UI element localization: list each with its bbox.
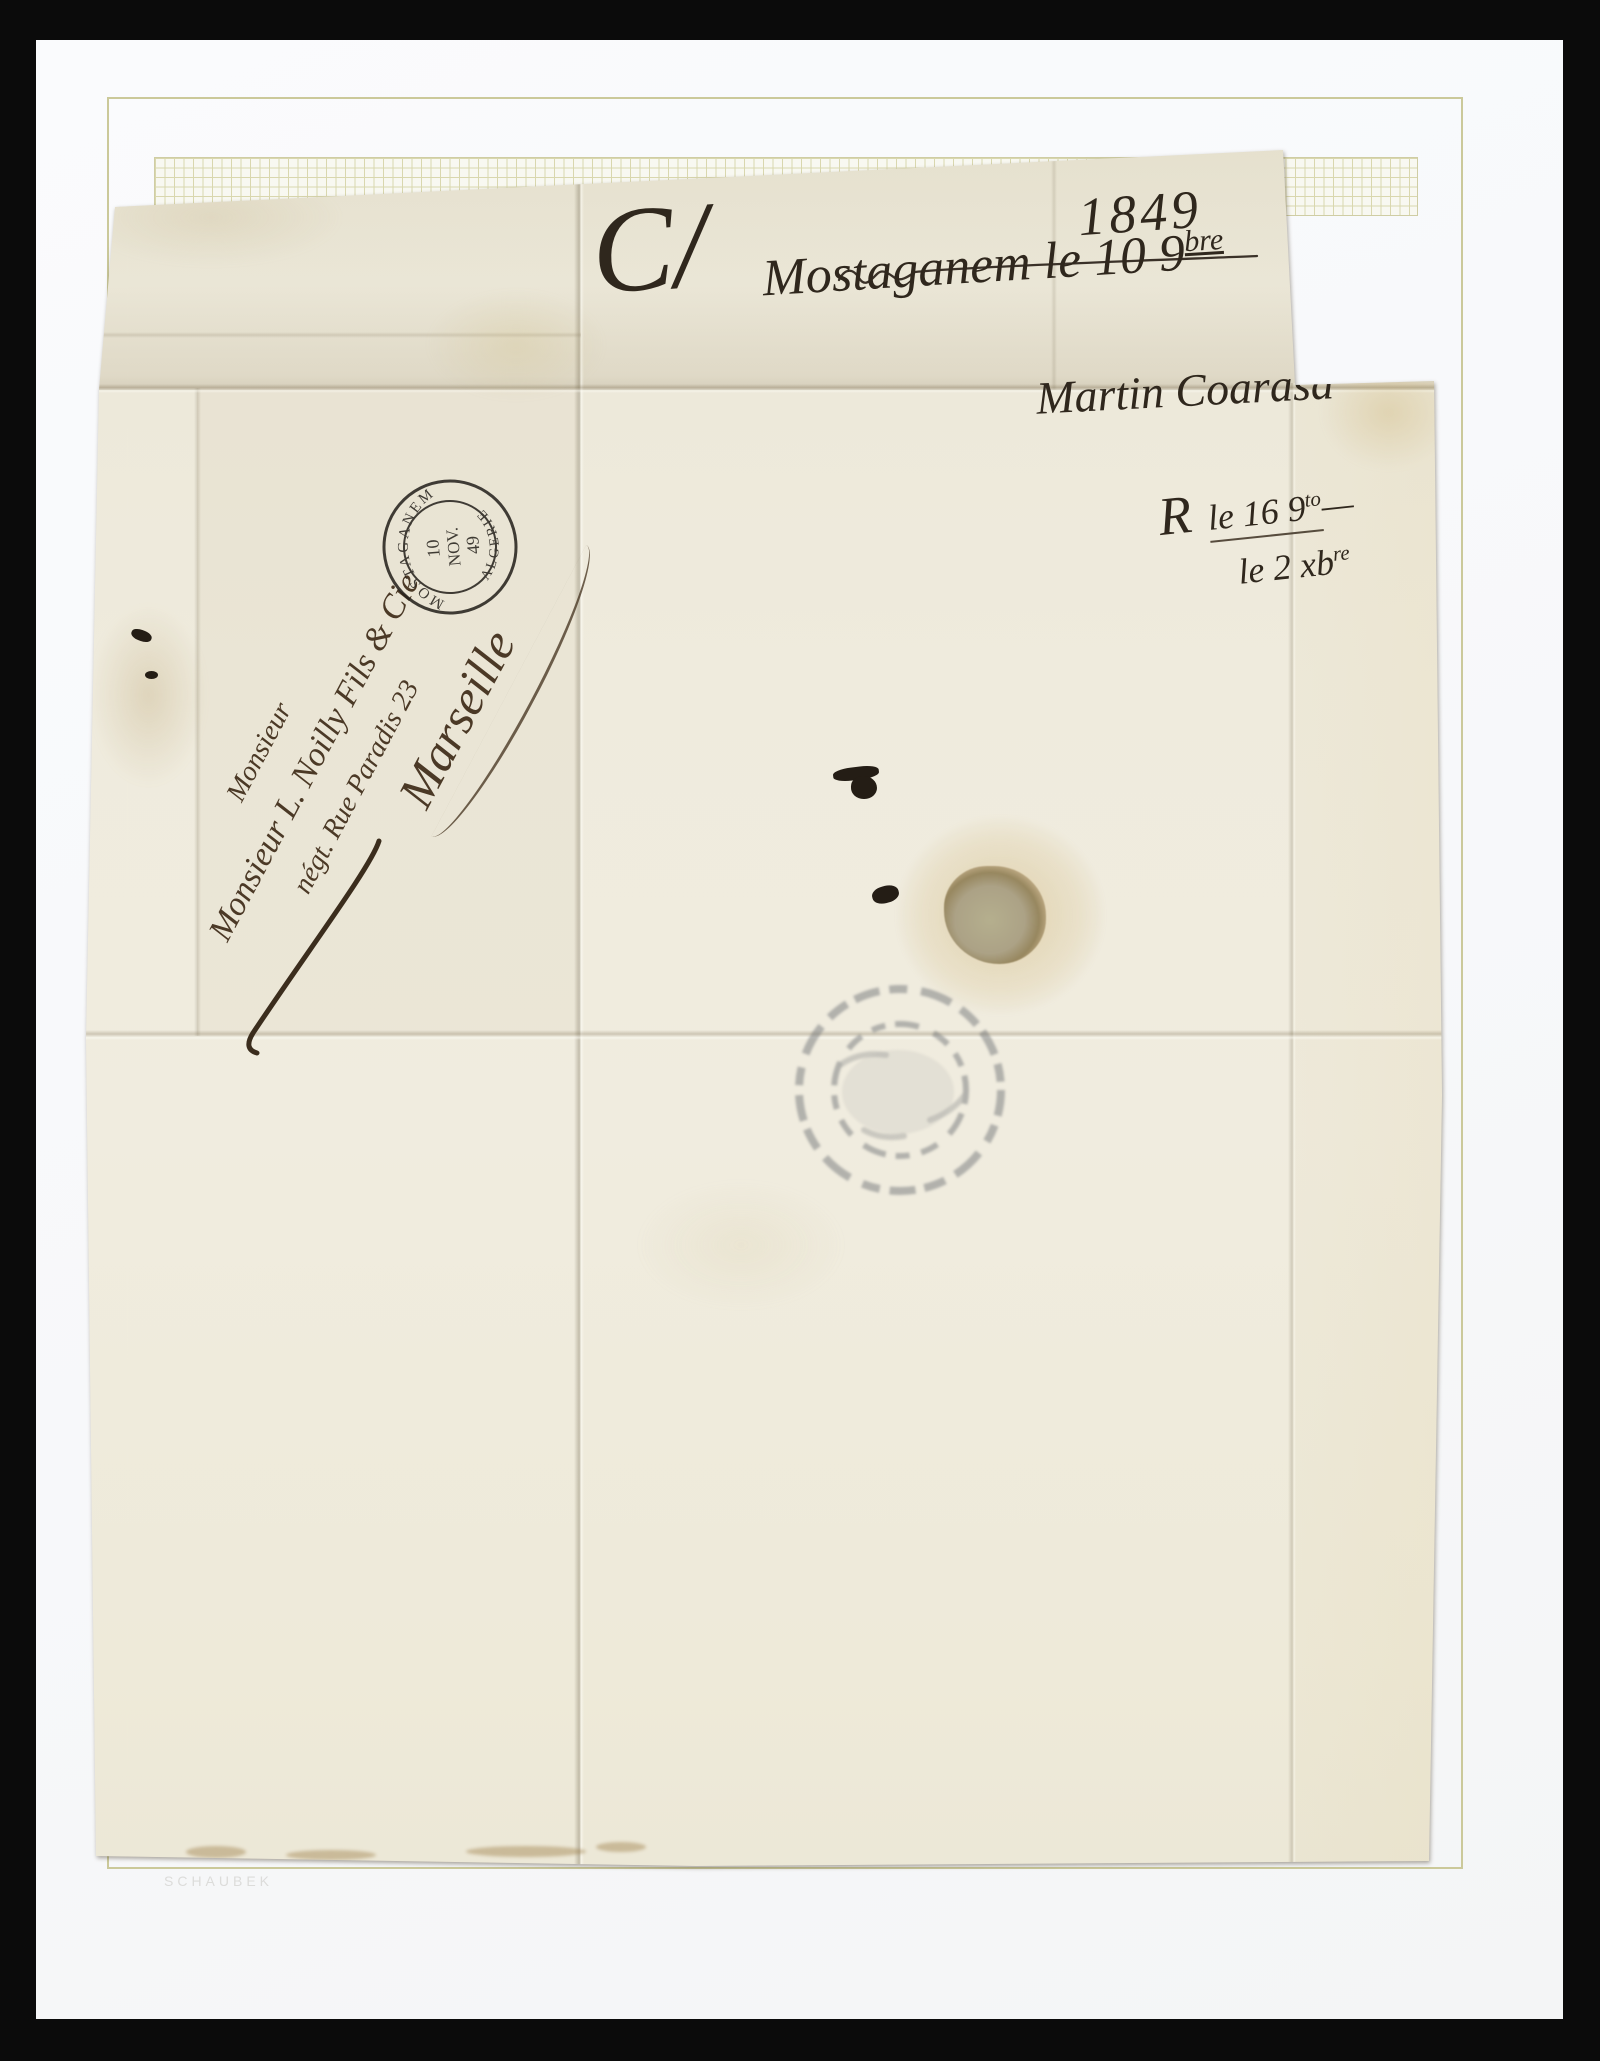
docket-received-mark: R <box>1155 484 1194 547</box>
folded-letter-wrap: Monsieur Monsieur L. Noilly Fils & Cie n… <box>36 40 1563 2019</box>
origin-postmark: MOSTAGANEM ALGERIE 10 NOV. 49 <box>369 466 532 629</box>
paper-stain <box>1321 355 1456 470</box>
folded-letter: Monsieur Monsieur L. Noilly Fils & Cie n… <box>36 40 1563 2019</box>
docket1-dash: — <box>1319 483 1355 526</box>
right-panel <box>1292 383 1442 1863</box>
arrival-postmark <box>780 970 1020 1210</box>
vertical-fold-crease <box>574 148 584 1868</box>
bottom-edge-stain <box>286 1850 376 1860</box>
ink-blot <box>870 883 900 906</box>
album-brand-watermark: SCHAUBEK <box>164 1873 273 1889</box>
bottom-edge-stain <box>186 1846 246 1858</box>
paraph-flourish <box>221 835 396 1065</box>
dateline-superscript: bre <box>1183 222 1224 258</box>
bottom-edge-stain <box>596 1842 646 1852</box>
postmark-year: 49 <box>462 535 483 555</box>
postmark-month: NOV. <box>442 526 464 566</box>
album-page: Monsieur Monsieur L. Noilly Fils & Cie n… <box>36 40 1563 2019</box>
postmark-day: 10 <box>422 539 443 559</box>
bottom-edge-stain <box>466 1846 586 1857</box>
vertical-crease-right <box>1288 383 1296 1863</box>
ink-blot <box>851 776 877 799</box>
ink-blot <box>145 671 158 679</box>
paper-stain <box>81 170 341 265</box>
corner-mark-text: C/ <box>588 184 712 314</box>
